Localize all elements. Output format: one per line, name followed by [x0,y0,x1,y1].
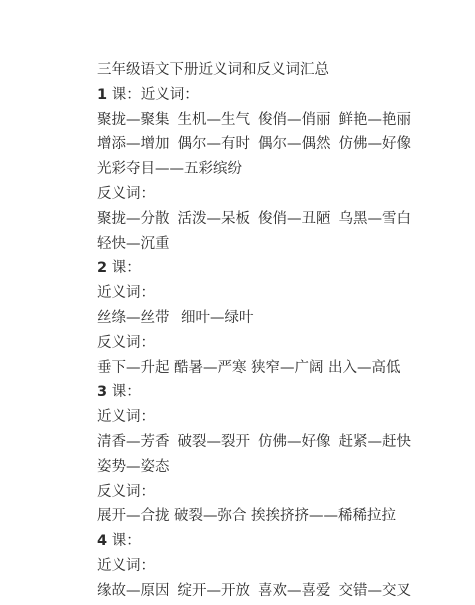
lesson-heading-suffix: 课： [107,533,141,549]
lesson-4-heading: 4 课： [97,529,419,554]
word-pair: 缘故—原因 [97,579,178,604]
lesson-number: 1 [97,87,107,103]
word-pair: 交错—交叉 [339,579,420,604]
word-pair: 细叶—绿叶 [181,306,254,331]
word-pair: 出入—高低 [328,356,405,381]
word-pair: 喜欢—喜爱 [258,579,339,604]
lesson-2-heading: 2 课： [97,256,419,281]
synonym-row: 清香—芳香 破裂—裂开 仿佛—好像 赶紧—赶快 [97,430,419,455]
word-pair: 破裂—弥合 [174,504,251,529]
word-pair: 鲜艳—艳丽 [339,108,420,133]
synonym-row: 聚拢—聚集 生机—生气 俊俏—俏丽 鲜艳—艳丽 [97,108,419,133]
word-pair: 增添—增加 [97,132,178,157]
antonym-row: 轻快—沉重 [97,232,419,257]
word-pair: 乌黑—雪白 [339,207,420,232]
word-pair: 清香—芳香 [97,430,178,455]
lesson-heading-suffix: 课： [107,384,141,400]
antonyms-label: 反义词： [97,480,419,505]
word-pair: 挨挨挤挤——稀稀拉拉 [251,504,396,529]
lesson-3-heading: 3 课： [97,380,419,405]
antonyms-label: 反义词： [97,331,419,356]
synonym-row: 姿势—姿态 [97,455,419,480]
antonym-row: 展开—合拢 破裂—弥合 挨挨挤挤——稀稀拉拉 [97,504,419,529]
synonyms-label: 近义词： [97,281,419,306]
antonyms-label: 反义词： [97,182,419,207]
word-pair: 聚拢—分散 [97,207,178,232]
word-pair: 酷暑—严寒 [174,356,251,381]
lesson-heading-suffix: 课：近义词： [107,87,199,103]
word-pair: 赶紧—赶快 [339,430,420,455]
word-pair: 破裂—裂开 [178,430,259,455]
document-title: 三年级语文下册近义词和反义词汇总 [97,58,419,83]
synonym-row: 缘故—原因 绽开—开放 喜欢—喜爱 交错—交叉 [97,579,419,604]
word-pair: 光彩夺目——五彩缤纷 [97,161,242,177]
word-pair: 姿势—姿态 [97,459,170,475]
word-pair: 轻快—沉重 [97,236,170,252]
lesson-number: 4 [97,533,107,549]
word-pair: 聚拢—聚集 [97,108,178,133]
synonyms-label: 近义词： [97,405,419,430]
word-pair: 垂下—升起 [97,356,174,381]
lesson-number: 3 [97,384,107,400]
document-body: 三年级语文下册近义词和反义词汇总 1 课：近义词： 聚拢—聚集 生机—生气 俊俏… [97,58,419,604]
word-pair: 展开—合拢 [97,504,174,529]
word-pair: 绽开—开放 [178,579,259,604]
word-pair: 俊俏—丑陋 [258,207,339,232]
word-pair: 仿佛—好像 [339,132,420,157]
word-pair: 仿佛—好像 [258,430,339,455]
word-pair: 丝绦—丝带 [97,306,181,331]
antonym-row: 聚拢—分散 活泼—呆板 俊俏—丑陋 乌黑—雪白 [97,207,419,232]
antonym-row: 垂下—升起 酷暑—严寒 狭窄—广阔 出入—高低 [97,356,419,381]
word-pair: 偶尔—有时 [178,132,259,157]
word-pair: 俊俏—俏丽 [258,108,339,133]
synonym-row: 增添—增加 偶尔—有时 偶尔—偶然 仿佛—好像 [97,132,419,157]
word-pair: 偶尔—偶然 [258,132,339,157]
synonyms-label: 近义词： [97,554,419,579]
lesson-1-heading: 1 课：近义词： [97,83,419,108]
lesson-heading-suffix: 课： [107,260,141,276]
synonym-row: 丝绦—丝带 细叶—绿叶 [97,306,419,331]
word-pair: 生机—生气 [178,108,259,133]
synonym-row: 光彩夺目——五彩缤纷 [97,157,419,182]
word-pair: 狭窄—广阔 [251,356,328,381]
lesson-number: 2 [97,260,107,276]
word-pair: 活泼—呆板 [178,207,259,232]
